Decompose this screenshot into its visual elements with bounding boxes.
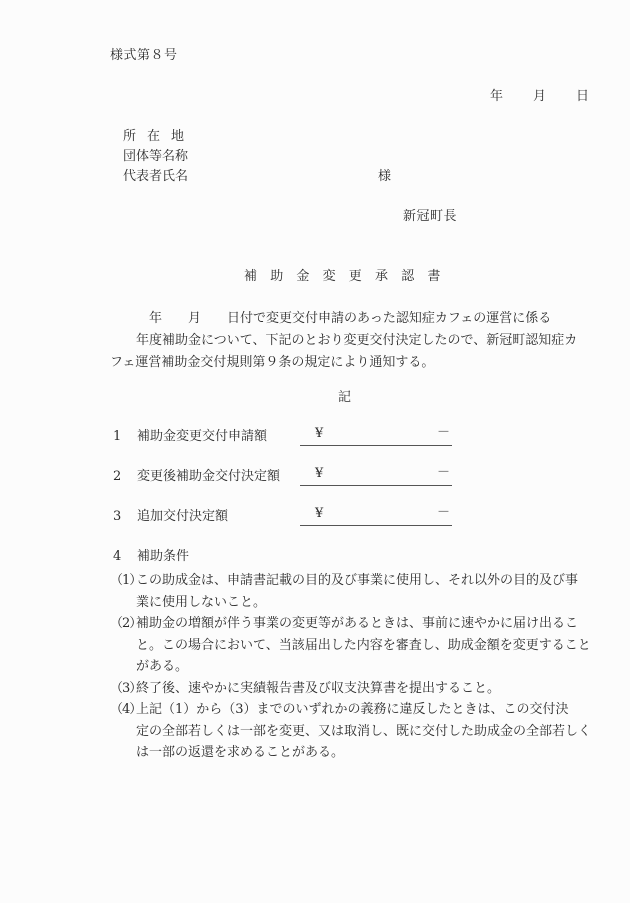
condition-item-2: （2）補助金の増額が伴う事業の変更等があるときは、事前に速やかに届け出るこ と。… (110, 613, 582, 678)
amount-row-1: 1補助金変更交付申請額 (113, 430, 267, 443)
form-number: 様式第８号 (110, 49, 178, 62)
conditions-heading: 4補助条件 (113, 550, 189, 563)
ki-label: 記 (338, 391, 351, 404)
yen-sign: ¥ (315, 467, 323, 480)
condition-text: この助成金は、申請書記載の目的及び事業に使用し、それ以外の目的及び事 (136, 573, 578, 588)
condition-mark: （3） (110, 678, 136, 700)
body-line: 年度補助金について、下記のとおり変更交付決定したので、新冠町認知症カ (110, 330, 580, 352)
amount-value: － (437, 506, 450, 519)
condition-text: 上記（1）から（3）までのいずれかの義務に違反したときは、この交付決 (136, 702, 569, 717)
yen-sign: ¥ (315, 427, 323, 440)
condition-text: がある。 (110, 656, 582, 678)
amount-number: 2 (113, 470, 137, 483)
body-line: 年 月 日付で変更交付申請のあった認知症カフェの運営に係る (110, 308, 580, 330)
amount-label: 変更後補助金交付決定額 (137, 470, 280, 483)
document-title: 補助金変更承認書 (244, 270, 454, 283)
date-year-label: 年 (490, 90, 503, 103)
body-line: フェ運営補助金交付規則第９条の規定により通知する。 (110, 352, 580, 374)
honorific: 様 (378, 170, 391, 183)
conditions-title: 補助条件 (137, 549, 189, 564)
amount-label: 追加交付決定額 (137, 510, 228, 523)
condition-mark: （2） (110, 613, 136, 635)
condition-mark: （1） (110, 570, 136, 592)
condition-mark: （4） (110, 699, 136, 721)
condition-item-4: （4）上記（1）から（3）までのいずれかの義務に違反したときは、この交付決 定の… (110, 699, 582, 764)
condition-text: 業に使用しないこと。 (110, 592, 582, 614)
amount-value: － (437, 426, 450, 439)
amount-value: － (437, 466, 450, 479)
amount-field-3: ¥ － (300, 507, 452, 526)
recipient-block: 所在地 団体等名称 代表者氏名 (123, 130, 195, 190)
amount-row-2: 2変更後補助金交付決定額 (113, 470, 280, 483)
organization-label: 団体等名称 (123, 150, 195, 170)
issuer: 新冠町長 (403, 210, 457, 223)
condition-text: と。この場合において、当該届出した内容を審査し、助成金額を変更すること (110, 635, 582, 657)
condition-item-1: （1）この助成金は、申請書記載の目的及び事業に使用し、それ以外の目的及び事 業に… (110, 570, 582, 613)
condition-text: 定の全部若しくは一部を変更、又は取消し、既に交付した助成金の全部若しく (110, 721, 582, 743)
amount-label: 補助金変更交付申請額 (137, 430, 267, 443)
conditions-list: （1）この助成金は、申請書記載の目的及び事業に使用し、それ以外の目的及び事 業に… (110, 570, 582, 764)
condition-text: 終了後、速やかに実績報告書及び収支決算書を提出すること。 (136, 681, 500, 696)
yen-sign: ¥ (315, 507, 323, 520)
date-month-label: 月 (533, 90, 546, 103)
amount-field-2: ¥ － (300, 467, 452, 486)
body-paragraph: 年 月 日付で変更交付申請のあった認知症カフェの運営に係る 年度補助金について、… (110, 308, 580, 374)
date-line: 年月日 (490, 90, 589, 103)
conditions-number: 4 (113, 550, 137, 563)
amount-row-3: 3追加交付決定額 (113, 510, 228, 523)
amount-field-1: ¥ － (300, 427, 452, 446)
condition-text: は一部の返還を求めることがある。 (110, 742, 582, 764)
condition-text: 補助金の増額が伴う事業の変更等があるときは、事前に速やかに届け出るこ (136, 616, 578, 631)
condition-item-3: （3）終了後、速やかに実績報告書及び収支決算書を提出すること。 (110, 678, 582, 700)
date-day-label: 日 (576, 90, 589, 103)
amount-number: 1 (113, 430, 137, 443)
amount-number: 3 (113, 510, 137, 523)
address-label: 所在地 (123, 130, 195, 150)
representative-label: 代表者氏名 (123, 170, 195, 190)
